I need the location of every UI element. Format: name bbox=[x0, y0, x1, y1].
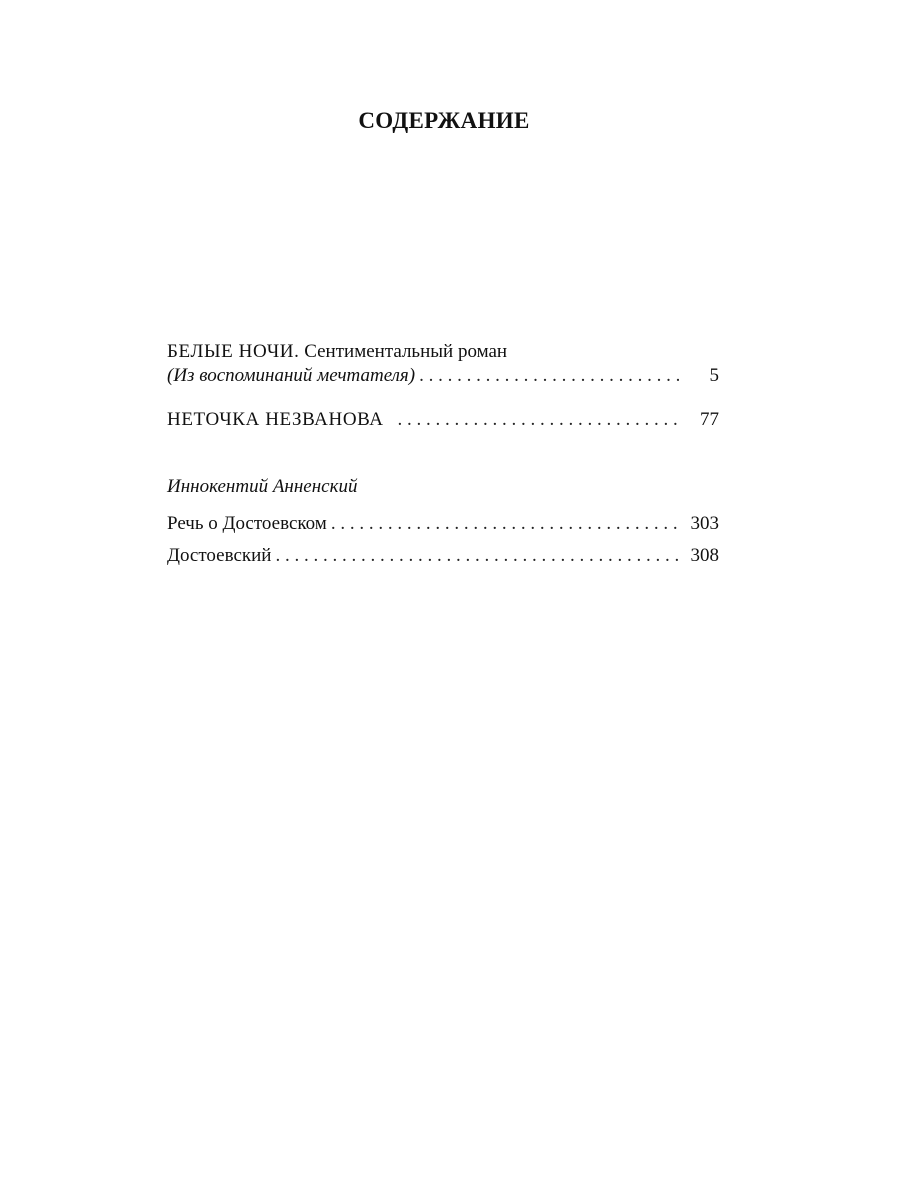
appendix-author: Иннокентий Анненский bbox=[167, 474, 719, 500]
toc-entry-title: БЕЛЫЕ НОЧИ. bbox=[167, 340, 299, 364]
author-name: Иннокентий Анненский bbox=[167, 474, 357, 500]
toc-entry-rech-o-dostoevskom[interactable]: Речь о Достоевском 303 bbox=[167, 508, 719, 540]
toc-page-number: 303 bbox=[679, 508, 719, 540]
toc-page-number: 5 bbox=[679, 364, 719, 388]
toc-entry-title: Достоевский bbox=[167, 540, 271, 572]
toc-entry-subtitle-italic: (Из воспоминаний мечтателя) bbox=[167, 364, 415, 388]
toc-entry-title: НЕТОЧКА НЕЗВАНОВА bbox=[167, 408, 384, 432]
page-title: СОДЕРЖАНИЕ bbox=[0, 108, 888, 134]
toc-entry-title: Речь о Достоевском bbox=[167, 508, 327, 540]
toc-entry-dostoevsky[interactable]: Достоевский 308 bbox=[167, 540, 719, 572]
dot-leader bbox=[327, 508, 679, 540]
toc-page-number: 308 bbox=[679, 540, 719, 572]
toc-page-number: 77 bbox=[679, 408, 719, 432]
toc-entry-netochka-nezvanova[interactable]: НЕТОЧКА НЕЗВАНОВА 77 bbox=[167, 408, 719, 432]
toc-entry-subtitle: Сентиментальный роман bbox=[304, 340, 507, 364]
dot-leader bbox=[384, 408, 679, 432]
toc-entry-belye-nochi[interactable]: БЕЛЫЕ НОЧИ. Сентиментальный роман (Из во… bbox=[167, 340, 719, 388]
toc-entry-title-line: БЕЛЫЕ НОЧИ. Сентиментальный роман bbox=[167, 340, 719, 364]
dot-leader bbox=[271, 540, 679, 572]
table-of-contents: БЕЛЫЕ НОЧИ. Сентиментальный роман (Из во… bbox=[167, 340, 719, 572]
toc-entry-subtitle-line: (Из воспоминаний мечтателя) 5 bbox=[167, 364, 719, 388]
dot-leader bbox=[415, 364, 679, 388]
